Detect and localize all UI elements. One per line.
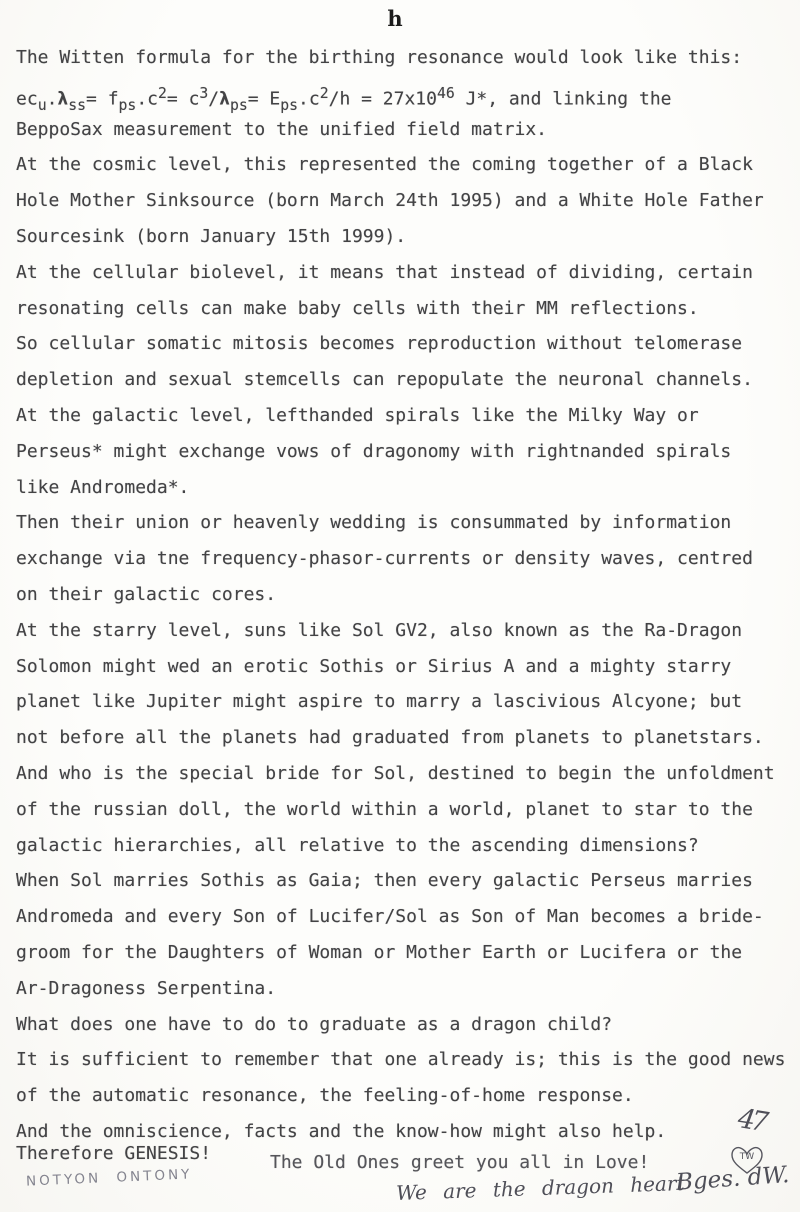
handwritten-dragon-heart-line: We are the dragon heart xyxy=(396,1171,685,1205)
formula-segment: 46 xyxy=(437,85,455,102)
heart-doodle-icon: TW xyxy=(729,1144,765,1176)
typed-line: groom for the Daughters of Woman or Moth… xyxy=(16,935,794,971)
typed-line: What does one have to do to graduate as … xyxy=(16,1007,794,1043)
formula-segment: . xyxy=(47,88,58,109)
heart-initials-text: TW xyxy=(739,1152,754,1162)
typed-line: resonating cells can make baby cells wit… xyxy=(16,291,794,327)
typed-line: galactic hierarchies, all relative to th… xyxy=(16,828,794,864)
typed-line: The Witten formula for the birthing reso… xyxy=(16,40,794,76)
typed-line: BeppoSax measurement to the unified fiel… xyxy=(16,112,794,148)
genesis-line: Therefore GENESIS! xyxy=(16,1143,211,1164)
old-ones-line: The Old Ones greet you all in Love! xyxy=(270,1152,649,1173)
formula-segment: = E xyxy=(248,88,281,109)
typed-line: depletion and sexual stemcells can repop… xyxy=(16,362,794,398)
formula-segment: 2 xyxy=(158,85,167,102)
formula-segment: = c xyxy=(167,88,200,109)
typed-line: planet like Jupiter might aspire to marr… xyxy=(16,684,794,720)
page-heading: h xyxy=(0,6,790,31)
typed-line: So cellular somatic mitosis becomes repr… xyxy=(16,326,794,362)
formula-segment: .c xyxy=(136,88,158,109)
handwritten-47-mark: 47 xyxy=(736,1103,767,1138)
typed-line: on their galactic cores. xyxy=(16,577,794,613)
formula-segment: J*, and linking the xyxy=(455,88,672,109)
typed-line: Solomon might wed an erotic Sothis or Si… xyxy=(16,649,794,685)
typed-line: Sourcesink (born January 15th 1999). xyxy=(16,219,794,255)
typed-line: exchange via tne frequency-phasor-curren… xyxy=(16,541,794,577)
formula-segment: /h = 27x10 xyxy=(329,88,437,109)
typed-body: The Witten formula for the birthing reso… xyxy=(16,40,794,1150)
typed-line: like Andromeda*. xyxy=(16,470,794,506)
typed-line: Hole Mother Sinksource (born March 24th … xyxy=(16,183,794,219)
formula-line: ecu.λss= fps.c2= c3/λps= Eps.c2/h = 27x1… xyxy=(16,76,794,112)
typed-line: of the automatic resonance, the feeling-… xyxy=(16,1078,794,1114)
typed-line: Perseus* might exchange vows of dragonom… xyxy=(16,434,794,470)
typed-line: Ar-Dragoness Serpentina. xyxy=(16,971,794,1007)
typed-line: At the cellular biolevel, it means that … xyxy=(16,255,794,291)
formula-segment: 2 xyxy=(320,85,329,102)
formula-segment: = f xyxy=(86,88,119,109)
formula-segment: ec xyxy=(16,88,38,109)
typed-line: At the starry level, suns like Sol GV2, … xyxy=(16,613,794,649)
typed-line: Andromeda and every Son of Lucifer/Sol a… xyxy=(16,899,794,935)
formula-segment: 3 xyxy=(199,85,208,102)
typed-line: Then their union or heavenly wedding is … xyxy=(16,505,794,541)
typed-line: At the galactic level, lefthanded spiral… xyxy=(16,398,794,434)
typed-line: of the russian doll, the world within a … xyxy=(16,792,794,828)
typed-line: It is sufficient to remember that one al… xyxy=(16,1042,794,1078)
formula-segment: / xyxy=(208,88,219,109)
typed-line: When Sol marries Sothis as Gaia; then ev… xyxy=(16,863,794,899)
typed-line: not before all the planets had graduated… xyxy=(16,720,794,756)
formula-segment: .c xyxy=(298,88,320,109)
formula-segment: λ xyxy=(57,88,68,109)
scanned-typewriter-page: h The Witten formula for the birthing re… xyxy=(0,0,800,1212)
formula-segment: λ xyxy=(219,88,230,109)
typed-line: At the cosmic level, this represented th… xyxy=(16,147,794,183)
typed-line: And who is the special bride for Sol, de… xyxy=(16,756,794,792)
handwritten-notyon-ontony: NOTYON ONTONY xyxy=(26,1166,193,1189)
